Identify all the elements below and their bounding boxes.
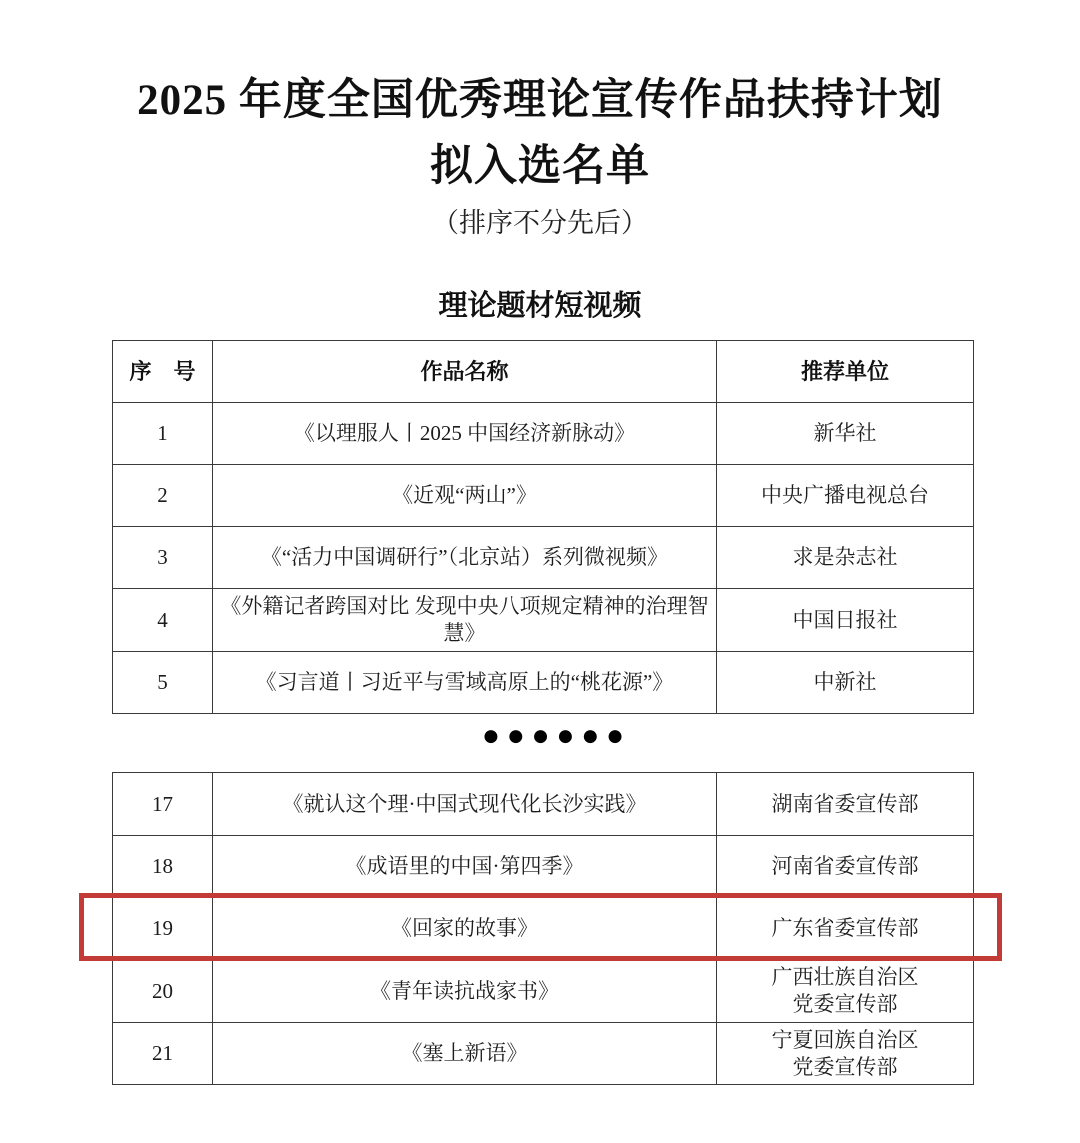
- works-table-bottom: 17 《就认这个理·中国式现代化长沙实践》 湖南省委宣传部 18 《成语里的中国…: [112, 772, 974, 1085]
- cell-no: 2: [113, 465, 213, 527]
- cell-work: 《塞上新语》: [213, 1023, 717, 1085]
- table-row: 17 《就认这个理·中国式现代化长沙实践》 湖南省委宣传部: [113, 773, 974, 836]
- cell-no: 1: [113, 403, 213, 465]
- cell-work: 《就认这个理·中国式现代化长沙实践》: [213, 773, 717, 836]
- table-row: 21 《塞上新语》 宁夏回族自治区 党委宣传部: [113, 1023, 974, 1085]
- table-row: 1 《以理服人丨2025 中国经济新脉动》 新华社: [113, 403, 974, 465]
- table-row: 4 《外籍记者跨国对比 发现中央八项规定精神的治理智慧》 中国日报社: [113, 589, 974, 652]
- works-table-top: 序 号 作品名称 推荐单位 1 《以理服人丨2025 中国经济新脉动》 新华社 …: [112, 340, 974, 714]
- cell-unit: 求是杂志社: [717, 527, 974, 589]
- table-row: 2 《近观“两山”》 中央广播电视总台: [113, 465, 974, 527]
- cell-work: 《回家的故事》: [213, 898, 717, 960]
- cell-unit: 新华社: [717, 403, 974, 465]
- section-title: 理论题材短视频: [0, 283, 1080, 324]
- document-title-line1: 2025 年度全国优秀理论宣传作品扶持计划: [0, 66, 1080, 127]
- ellipsis-dots: ●●●●●●: [0, 726, 1080, 746]
- table-row: 20 《青年读抗战家书》 广西壮族自治区 党委宣传部: [113, 960, 974, 1023]
- header-cell-no: 序 号: [113, 341, 213, 403]
- header-cell-work: 作品名称: [213, 341, 717, 403]
- cell-work: 《外籍记者跨国对比 发现中央八项规定精神的治理智慧》: [213, 589, 717, 652]
- cell-unit: 湖南省委宣传部: [717, 773, 974, 836]
- table-row: 18 《成语里的中国·第四季》 河南省委宣传部: [113, 836, 974, 898]
- document-subtitle: （排序不分先后）: [0, 201, 1080, 240]
- cell-no: 17: [113, 773, 213, 836]
- table-header-row: 序 号 作品名称 推荐单位: [113, 341, 974, 403]
- cell-no: 3: [113, 527, 213, 589]
- cell-unit: 广东省委宣传部: [717, 898, 974, 960]
- cell-no: 19: [113, 898, 213, 960]
- cell-unit: 广西壮族自治区 党委宣传部: [717, 960, 974, 1023]
- table-row: 5 《习言道丨习近平与雪域高原上的“桃花源”》 中新社: [113, 652, 974, 714]
- cell-no: 5: [113, 652, 213, 714]
- cell-work: 《“活力中国调研行”（北京站）系列微视频》: [213, 527, 717, 589]
- document-title-line2: 拟入选名单: [0, 132, 1080, 193]
- cell-work: 《成语里的中国·第四季》: [213, 836, 717, 898]
- cell-unit: 河南省委宣传部: [717, 836, 974, 898]
- cell-work: 《习言道丨习近平与雪域高原上的“桃花源”》: [213, 652, 717, 714]
- table-row-highlighted: 19 《回家的故事》 广东省委宣传部: [113, 898, 974, 960]
- cell-work: 《近观“两山”》: [213, 465, 717, 527]
- cell-no: 21: [113, 1023, 213, 1085]
- table-row: 3 《“活力中国调研行”（北京站）系列微视频》 求是杂志社: [113, 527, 974, 589]
- cell-unit: 宁夏回族自治区 党委宣传部: [717, 1023, 974, 1085]
- cell-unit: 中国日报社: [717, 589, 974, 652]
- cell-no: 18: [113, 836, 213, 898]
- cell-work: 《以理服人丨2025 中国经济新脉动》: [213, 403, 717, 465]
- cell-no: 20: [113, 960, 213, 1023]
- header-cell-unit: 推荐单位: [717, 341, 974, 403]
- cell-unit: 中央广播电视总台: [717, 465, 974, 527]
- cell-work: 《青年读抗战家书》: [213, 960, 717, 1023]
- cell-no: 4: [113, 589, 213, 652]
- cell-unit: 中新社: [717, 652, 974, 714]
